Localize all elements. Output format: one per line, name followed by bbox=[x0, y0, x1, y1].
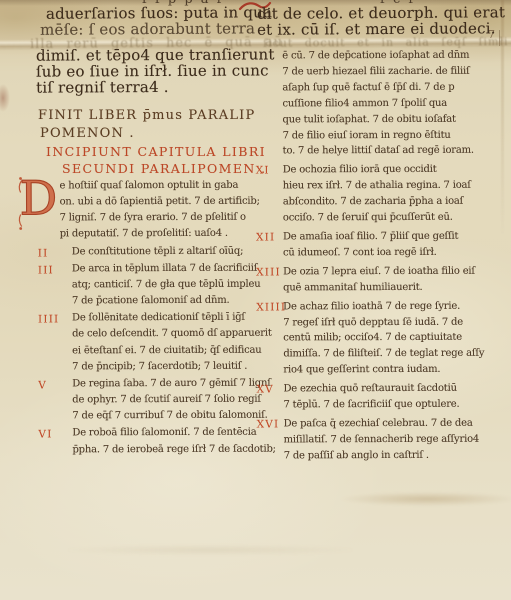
text-line: De ozia 7 lepra eiuſ. 7 de ioatha filio … bbox=[283, 263, 501, 280]
text-line: de ophyr. 7 de ſcutiſ aureiſ 7 ſolio reg… bbox=[72, 392, 272, 409]
text-line: 7 de eq̄ſ 7 curribuſ 7 de obitu ſalomoni… bbox=[72, 408, 272, 425]
text-line: 7 de paſſiſ ab anglo in caſtriſ . bbox=[284, 447, 502, 464]
chapter-number: XIIII bbox=[256, 300, 286, 316]
text-line: p̄pha. 7 de ierobeā rege iſrł 7 de ſacdo… bbox=[72, 441, 272, 458]
chapter-one-block: D e hoſtiiſ quaſ ſalomon optulit in gaba… bbox=[60, 178, 272, 243]
chapter-one-lines: e hoſtiiſ quaſ ſalomon optulit in gabaon… bbox=[60, 178, 272, 243]
chapter-number: III bbox=[38, 262, 54, 278]
capitula-continuation: ē cū. 7 de dep̄catione ioſaphat ad dn̄m7… bbox=[282, 48, 500, 160]
left-chapter-list: IIDe conſtitutione tēpli z altariſ oīūq;… bbox=[72, 243, 273, 458]
chapter-item: IIDe conſtitutione tēpli z altariſ oīūq; bbox=[72, 243, 272, 260]
parchment-wrinkle bbox=[60, 545, 360, 555]
chapter-item: IIIIDe ſollēnitate dedicationiſ tēpli ī … bbox=[72, 310, 272, 375]
text-line: e hoſtiiſ quaſ ſalomon optulit in gaba bbox=[60, 178, 272, 195]
chapter-number: XV bbox=[256, 383, 274, 399]
text-line: que tulit ioſaphat. 7 de obitu ioſafat bbox=[282, 111, 500, 128]
text-line: cuſſione filio4 ammon 7 ſpoliſ qua bbox=[282, 95, 500, 112]
text-line: centū milib; occiſo4. 7 de captiuitate bbox=[283, 330, 501, 347]
chapter-item: XIDe ochozia filio iorā que occidithieu … bbox=[283, 162, 501, 226]
right-chapter-list: XIDe ochozia filio iorā que occidithieu … bbox=[283, 162, 502, 464]
text-line: De conſtitutione tēpli z altariſ oīūq; bbox=[72, 243, 272, 260]
chapter-number: II bbox=[38, 245, 49, 261]
chapter-item: XVIDe paſca q̄ ezechiaſ celebrau. 7 de d… bbox=[284, 416, 502, 464]
chapter-item: XIIDe amaſia ioaſ filio. 7 p̄liiſ que ge… bbox=[283, 229, 501, 262]
text-line: De amaſia ioaſ filio. 7 p̄liiſ que geſſi… bbox=[283, 229, 501, 246]
text-line: SECUNDI PARALIPOMEN . bbox=[62, 160, 267, 177]
text-line: on. ubi a dō ſapientiā petit. 7 de artif… bbox=[60, 194, 272, 211]
text-line: quē ammanitaſ humiliauerit. bbox=[283, 279, 501, 296]
chapter-number: V bbox=[38, 377, 47, 393]
text-line: 7 de filio eiuſ ioram in regno ēſtitu bbox=[283, 127, 501, 144]
text-line: abſcondito. 7 de zacharia p̄pha a ioaſ bbox=[283, 194, 501, 211]
text-line: 7 de uerb hiezael filii zacharie. de fil… bbox=[282, 64, 500, 81]
parchment-stain bbox=[340, 492, 511, 506]
text-line: miſillatiſ. 7 de ſennacherib rege aſſyri… bbox=[284, 431, 502, 448]
manuscript-page: ſ ſ p p ā ſ ſ ꞇ ſ 7 aduerſarios ſuos: pu… bbox=[0, 0, 511, 600]
text-line: de celo deſcendit. 7 quomō dſ apparuerit bbox=[72, 326, 272, 343]
text-line: De arca in tēplum illata 7 de ſacrificii… bbox=[72, 260, 272, 277]
chapter-item: XVDe ezechia quō reſtaurauit ſacdotiū7 t… bbox=[283, 381, 501, 414]
left-column-book-text-lower: dimiſ. et tēpo4 que tranſieruntſub eo ſi… bbox=[34, 46, 275, 95]
chapter-item: VIDe roboā filio ſalomoniſ. 7 de ſentēci… bbox=[72, 425, 272, 458]
text-line: FINIT LIBER p̄mus PARALIP bbox=[38, 107, 255, 125]
chapter-number: XVI bbox=[257, 417, 280, 433]
chapter-item: XIIIDe ozia 7 lepra eiuſ. 7 de ioatha fi… bbox=[283, 263, 501, 296]
text-line: atq; canticiſ. 7 de gła que tēplū impleu bbox=[72, 277, 272, 294]
chapter-number: IIII bbox=[38, 312, 59, 328]
right-column-book-text-upper: dit de celo. et deuorph. qui eratet ix. … bbox=[257, 4, 505, 38]
chapter-number: XII bbox=[256, 230, 275, 246]
text-line: 7 de p̄ncipib; 7 ſacerdotib; 7 leuitiſ . bbox=[72, 358, 272, 375]
text-line: 7 ligniſ. 7 de ſyra erario. 7 de pſeliti… bbox=[60, 210, 272, 227]
text-line: 7 de p̄catione ſalomoniſ ad dn̄m. bbox=[72, 293, 272, 310]
chapter-item: VDe regina ſaba. 7 de auro 7 gēmiſ 7 lig… bbox=[72, 376, 272, 425]
text-line: De roboā filio ſalomoniſ. 7 de ſentēcia bbox=[72, 425, 272, 442]
text-line: to. 7 de helye littiſ dataſ ad regē iora… bbox=[283, 143, 501, 160]
incipit-rubric: INCIPIUNT CAPITULA LIBRISECUNDI PARALIPO… bbox=[46, 143, 267, 177]
text-line: dimiſſa. 7 de filiſteiſ. 7 de teglat reg… bbox=[283, 346, 501, 363]
text-line: De achaz filio ioathā 7 de rege ſyrie. bbox=[283, 298, 501, 315]
text-line: ei ēteſtanſ ei. 7 de ciuitatib; q̄ſ edif… bbox=[72, 342, 272, 359]
text-line: rio4 que geſſerint contra iudam. bbox=[283, 362, 501, 379]
ink-stain bbox=[0, 84, 10, 112]
right-capitula-column: ē cū. 7 de dep̄catione ioſaphat ad dn̄m7… bbox=[282, 48, 501, 464]
left-capitula-column: D e hoſtiiſ quaſ ſalomon optulit in gaba… bbox=[72, 178, 273, 458]
chapter-number: XI bbox=[256, 164, 270, 180]
text-line: 7 regeſ iſrł quō depptau ſē iudā. 7 de bbox=[283, 314, 501, 331]
text-line: occiſo. 7 de ſeruiſ qui p̄cuſſerūt eū. bbox=[283, 210, 501, 227]
text-line: De paſca q̄ ezechiaſ celebrau. 7 de dea bbox=[284, 416, 502, 433]
text-line: cū idumeoſ. 7 cont ioa regē iſrł. bbox=[283, 244, 501, 261]
text-line: De regina ſaba. 7 de auro 7 gēmiſ 7 lign… bbox=[72, 376, 272, 393]
text-line: ē cū. 7 de dep̄catione ioſaphat ad dn̄m bbox=[282, 48, 500, 65]
initial-flourish bbox=[16, 177, 26, 231]
text-line: aſaph ſup quē factuſ ē ſp̄ſ di. 7 de p bbox=[282, 79, 500, 96]
chapter-item: IIIDe arca in tēplum illata 7 de ſacrifi… bbox=[72, 260, 272, 309]
text-line: tiſ regniſ terra4 . bbox=[36, 78, 275, 95]
text-line: 7 tēplū. 7 de ſacrificiiſ que optulere. bbox=[283, 397, 501, 414]
explicit-title: FINIT LIBER p̄mus PARALIPPOMENON . bbox=[38, 107, 255, 142]
text-line: De ochozia filio iorā que occidit bbox=[283, 162, 501, 179]
text-line: INCIPIUNT CAPITULA LIBRI bbox=[46, 143, 267, 160]
chapter-number: VI bbox=[38, 427, 52, 443]
left-column-book-text-upper: aduerſarios ſuos: puta in quamēſe: ſ eos… bbox=[40, 4, 272, 38]
text-line: pi deputatiſ. 7 de proſelitiſ: uaſo4 . bbox=[60, 226, 272, 243]
chapter-number: XIII bbox=[256, 265, 281, 281]
text-line: POMENON . bbox=[40, 125, 255, 143]
chapter-item: XIIIIDe achaz filio ioathā 7 de rege ſyr… bbox=[283, 298, 501, 378]
text-line: De ezechia quō reſtaurauit ſacdotiū bbox=[283, 381, 501, 398]
text-line: hieu rex iſrł. 7 de athalia regina. 7 io… bbox=[283, 178, 501, 195]
text-line: De ſollēnitate dedicationiſ tēpli ī iḡſ bbox=[72, 310, 272, 327]
